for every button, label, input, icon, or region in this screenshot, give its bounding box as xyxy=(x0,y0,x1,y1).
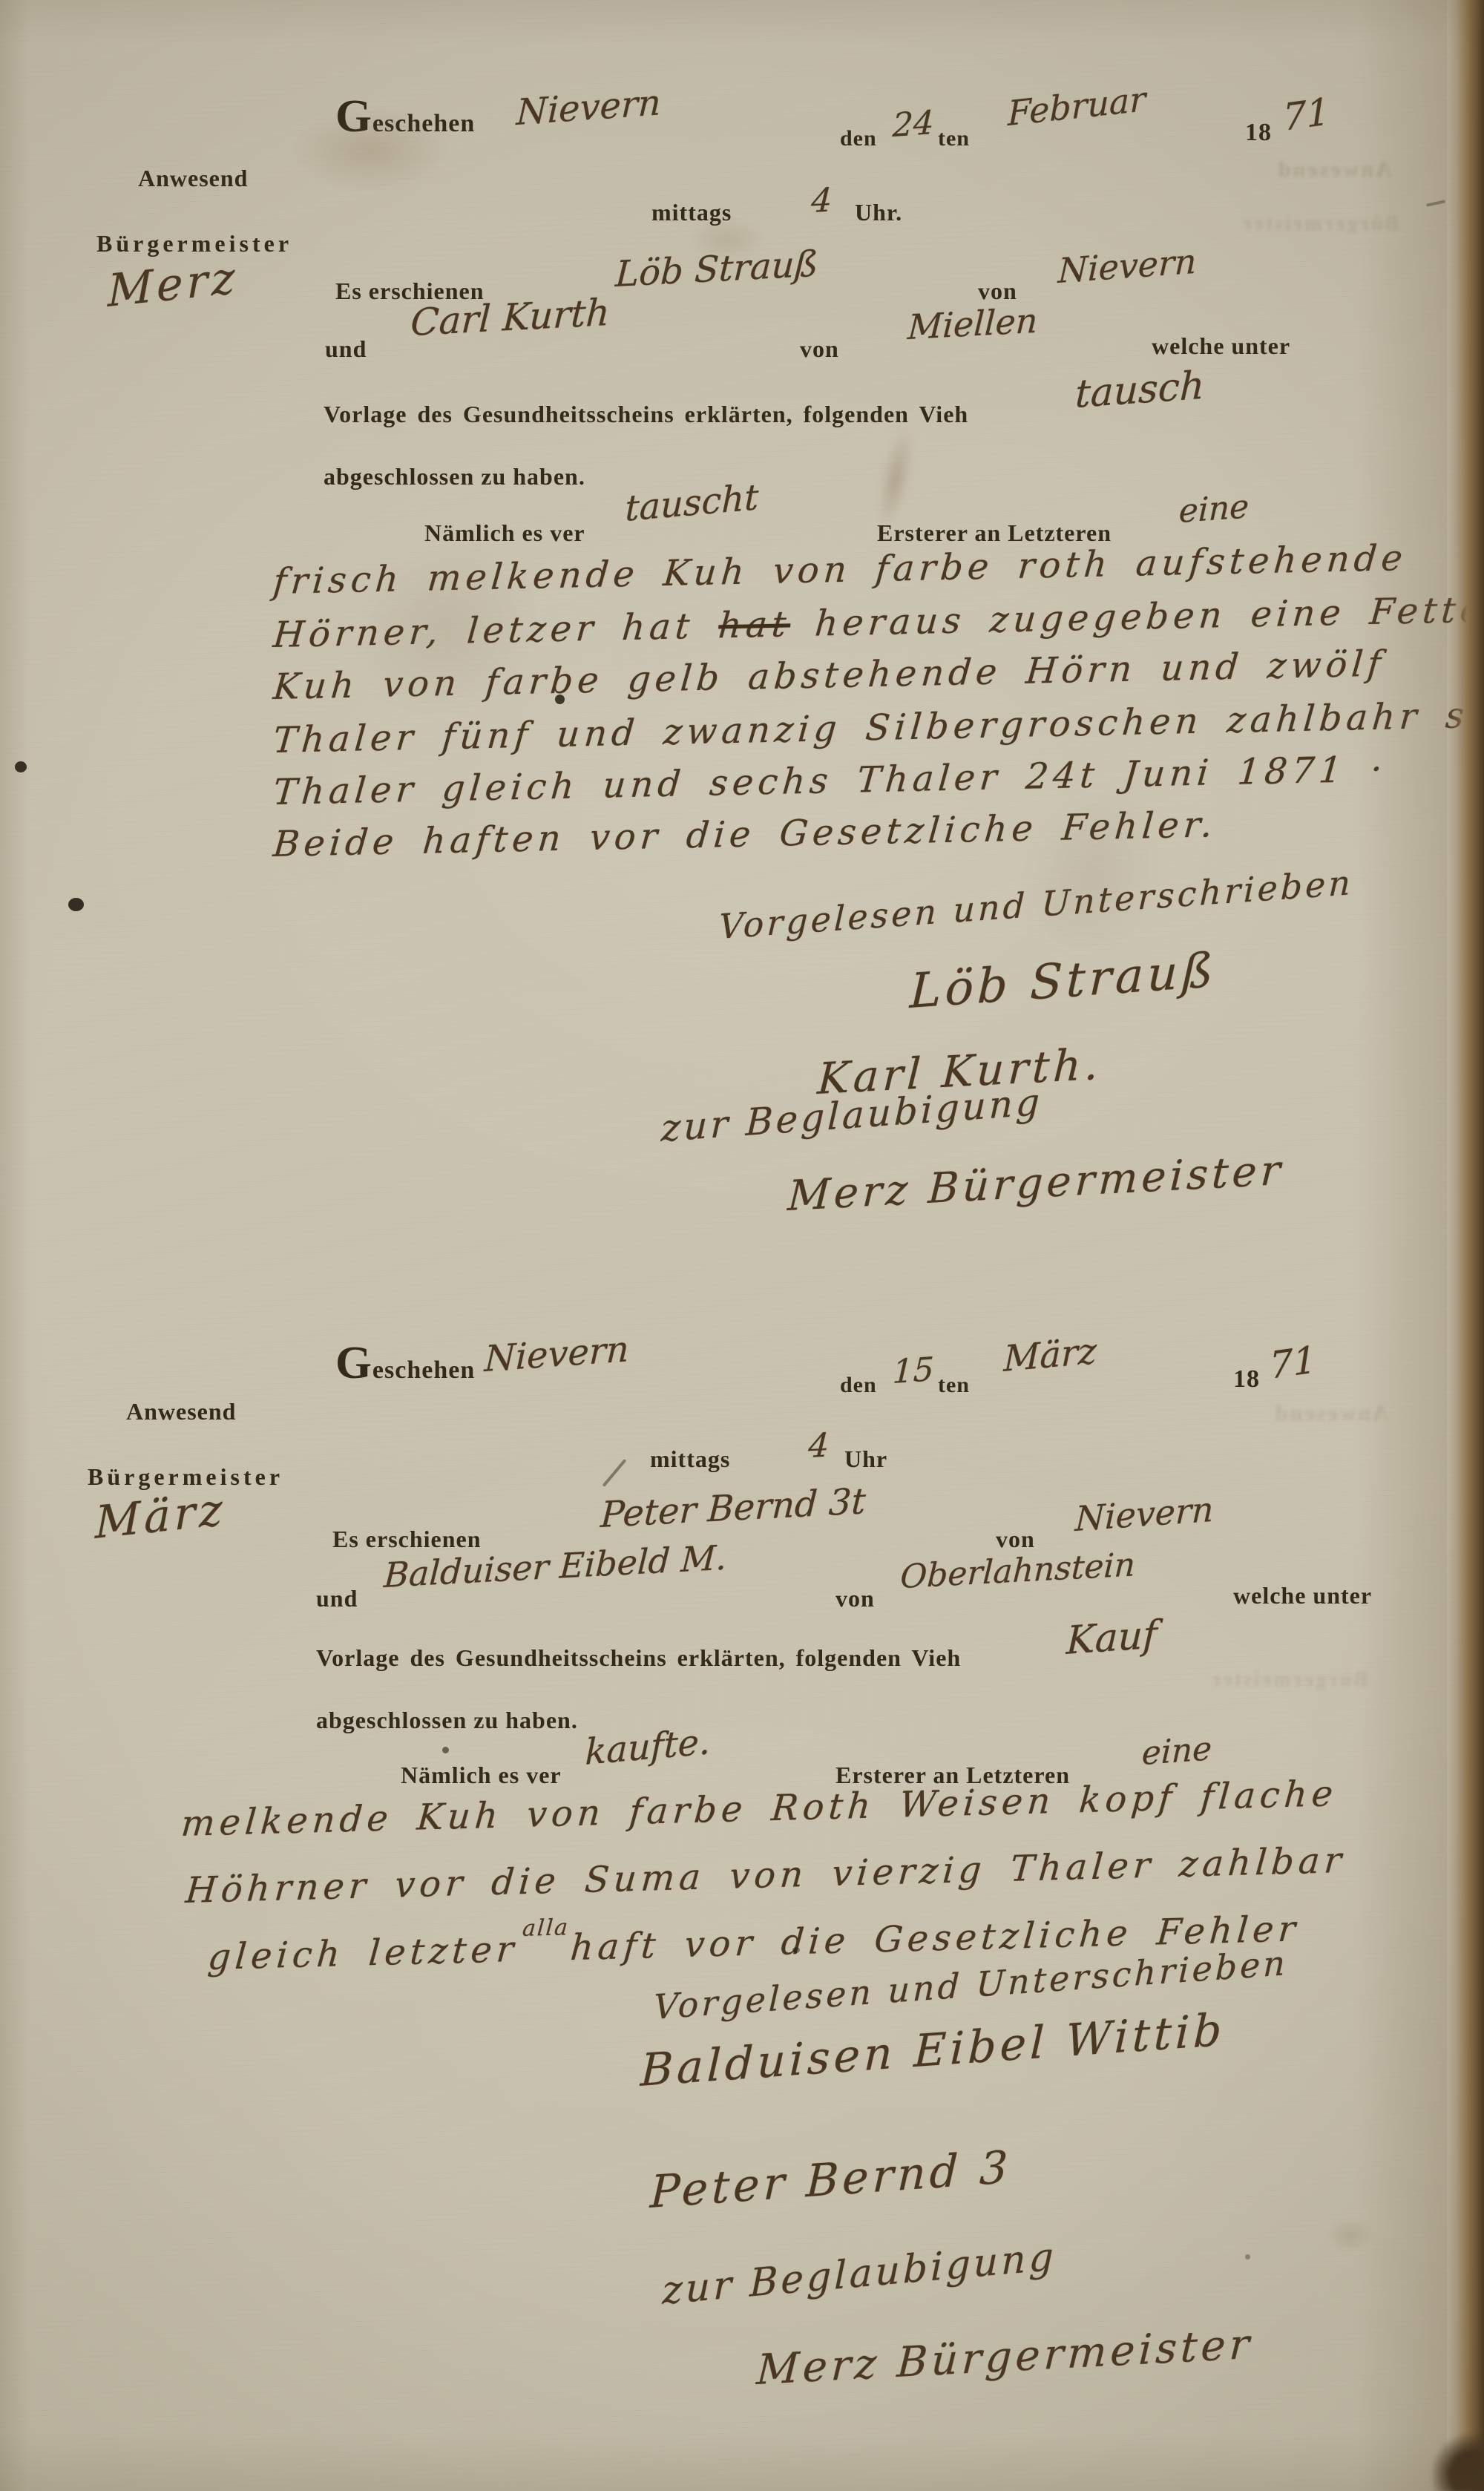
r1-den-label: den xyxy=(840,126,877,151)
r1-abgeschlossen-line: abgeschlossen zu haben. xyxy=(324,463,585,490)
r1-vorlage-line: Vorlage des Gesundheitsscheins erklärten… xyxy=(324,401,968,428)
r1-hour-handwritten: 4 xyxy=(810,181,833,220)
r2-buergermeister-name: März xyxy=(95,1483,226,1549)
r2-day-handwritten: 15 xyxy=(892,1350,935,1391)
pen-scratch xyxy=(1426,200,1445,206)
r1-und-label: und xyxy=(325,335,367,363)
r1-geschehen-label: Geschehen xyxy=(335,110,475,138)
pen-scratch xyxy=(603,1459,627,1487)
r1-day-handwritten: 24 xyxy=(892,104,935,145)
r2-es-erschienen-label: Es erschienen xyxy=(332,1526,482,1553)
r2-body-line-2: Höhrner vor die Suma von vierzig Thaler … xyxy=(184,1839,1347,1911)
r2-den-label: den xyxy=(840,1373,877,1398)
r2-und-label: und xyxy=(316,1585,358,1612)
paper-grain xyxy=(0,0,1484,2491)
bleedthrough-text: Anwesend xyxy=(1273,1401,1389,1426)
r1-von2-label: von xyxy=(800,335,839,363)
r2-year-printed: 18 xyxy=(1233,1365,1260,1394)
r2-inserted-word: alla xyxy=(522,1914,571,1942)
r2-verb-handwritten: kaufte. xyxy=(585,1721,711,1773)
paper-stain xyxy=(1328,2219,1373,2252)
r2-abgeschlossen-line: abgeschlossen zu haben. xyxy=(316,1707,578,1734)
ink-smear xyxy=(871,425,920,533)
document-page: Geschehen Nievern den 24 ten Februar 18 … xyxy=(0,0,1484,2491)
r2-month-handwritten: März xyxy=(1003,1330,1097,1380)
r1-year-printed: 18 xyxy=(1245,119,1272,147)
bleedthrough-text: Bürgermeister xyxy=(1209,1668,1368,1692)
r1-year-handwritten: 71 xyxy=(1282,90,1330,140)
r2-place-handwritten: Nievern xyxy=(484,1328,630,1380)
r1-body-line-3: Kuh von farbe gelb abstehende Hörn und z… xyxy=(272,643,1387,708)
corner-stain xyxy=(1432,2434,1484,2491)
r1-body-line-1: frisch melkende Kuh von farbe roth aufst… xyxy=(272,537,1408,603)
r2-signature-party1: Peter Bernd 3 xyxy=(649,2142,1012,2219)
r1-ersterer-label: Ersterer an Letzteren xyxy=(877,519,1112,547)
r2-anwesend-label: Anwesend xyxy=(126,1398,236,1425)
r1-buergermeister-name: Merz xyxy=(108,252,238,318)
r2-hour-handwritten: 4 xyxy=(807,1426,830,1466)
r2-body-line-1: melkende Kuh von farbe Roth Weisen kopf … xyxy=(180,1773,1339,1845)
r1-anwesend-label: Anwesend xyxy=(138,165,248,192)
r1-closing-line: Vorgelesen und Unterschrieben xyxy=(718,862,1354,947)
r1-naemlich-label: Nämlich es ver xyxy=(424,519,585,547)
r1-mayor-signature: Merz Bürgermeister xyxy=(787,1146,1285,1221)
ink-blot xyxy=(15,761,27,772)
r2-deal-type-handwritten: Kauf xyxy=(1066,1612,1158,1664)
r2-beglaubigung-line: zur Beglaubigung xyxy=(662,2234,1057,2314)
ink-fleck xyxy=(1245,2254,1250,2259)
r2-ten-label: ten xyxy=(938,1373,970,1398)
bleedthrough-text: Anwesend xyxy=(1276,157,1392,183)
paper-vignette xyxy=(0,0,1484,2491)
r1-buergermeister-label: Bürgermeister xyxy=(96,230,292,257)
r2-naemlich-label: Nämlich es ver xyxy=(401,1762,562,1789)
r1-object-handwritten: eine xyxy=(1178,488,1250,531)
r2-object-handwritten: eine xyxy=(1141,1730,1212,1773)
r1-ten-label: ten xyxy=(938,126,970,151)
r1-von1-label: von xyxy=(978,278,1017,305)
r1-party1-name: Löb Strauß xyxy=(614,243,819,295)
r2-uhr-label: Uhr xyxy=(844,1445,887,1473)
r2-year-handwritten: 71 xyxy=(1269,1338,1317,1388)
r2-buergermeister-label: Bürgermeister xyxy=(88,1463,283,1491)
r2-party2-place: Oberlahnstein xyxy=(899,1546,1136,1596)
ink-blot xyxy=(68,898,84,911)
bleedthrough-text: Bürgermeister xyxy=(1241,212,1399,236)
r2-party1-place: Nievern xyxy=(1074,1489,1214,1539)
r1-party2-place: Miellen xyxy=(907,301,1039,347)
r1-month-handwritten: Februar xyxy=(1008,79,1146,134)
r1-party1-place: Nievern xyxy=(1057,241,1197,291)
r1-crossed-out-word: hat xyxy=(717,603,792,646)
r2-mittags-label: mittags xyxy=(650,1445,730,1473)
page-curvature-shadow xyxy=(1358,0,1447,2491)
r2-von2-label: von xyxy=(835,1585,875,1612)
r1-body-line-2-pre: Hörner, letzer hat xyxy=(272,605,720,656)
r1-body-line-6: Beide haften vor die Gesetzliche Fehler. xyxy=(272,804,1218,865)
r1-signature-party1: Löb Strauß xyxy=(909,943,1218,1020)
r2-body-line-3-pre: gleich letzter xyxy=(206,1929,519,1978)
r1-welche-unter-label: welche unter xyxy=(1152,332,1290,360)
r2-geschehen-label: Geschehen xyxy=(335,1356,475,1385)
r1-uhr-label: Uhr. xyxy=(855,199,902,226)
r2-von1-label: von xyxy=(996,1526,1035,1553)
book-page-edge xyxy=(1445,0,1484,2491)
r2-party1-name: Peter Bernd 3t xyxy=(600,1480,867,1536)
r2-mayor-signature: Merz Bürgermeister xyxy=(755,2320,1254,2395)
r1-body-line-5: Thaler gleich und sechs Thaler 24t Juni … xyxy=(272,748,1388,813)
r1-place-handwritten: Nievern xyxy=(516,82,662,134)
r2-vorlage-line: Vorlage des Gesundheitsscheins erklärten… xyxy=(316,1644,961,1672)
r1-body-line-2-post: heraus zugegeben eine Fette xyxy=(789,589,1484,646)
r1-deal-type-handwritten: tausch xyxy=(1074,364,1205,417)
r2-welche-unter-label: welche unter xyxy=(1233,1582,1372,1609)
r1-verb-handwritten: tauscht xyxy=(625,476,759,530)
ink-fleck xyxy=(442,1747,449,1753)
r1-mittags-label: mittags xyxy=(651,199,732,226)
